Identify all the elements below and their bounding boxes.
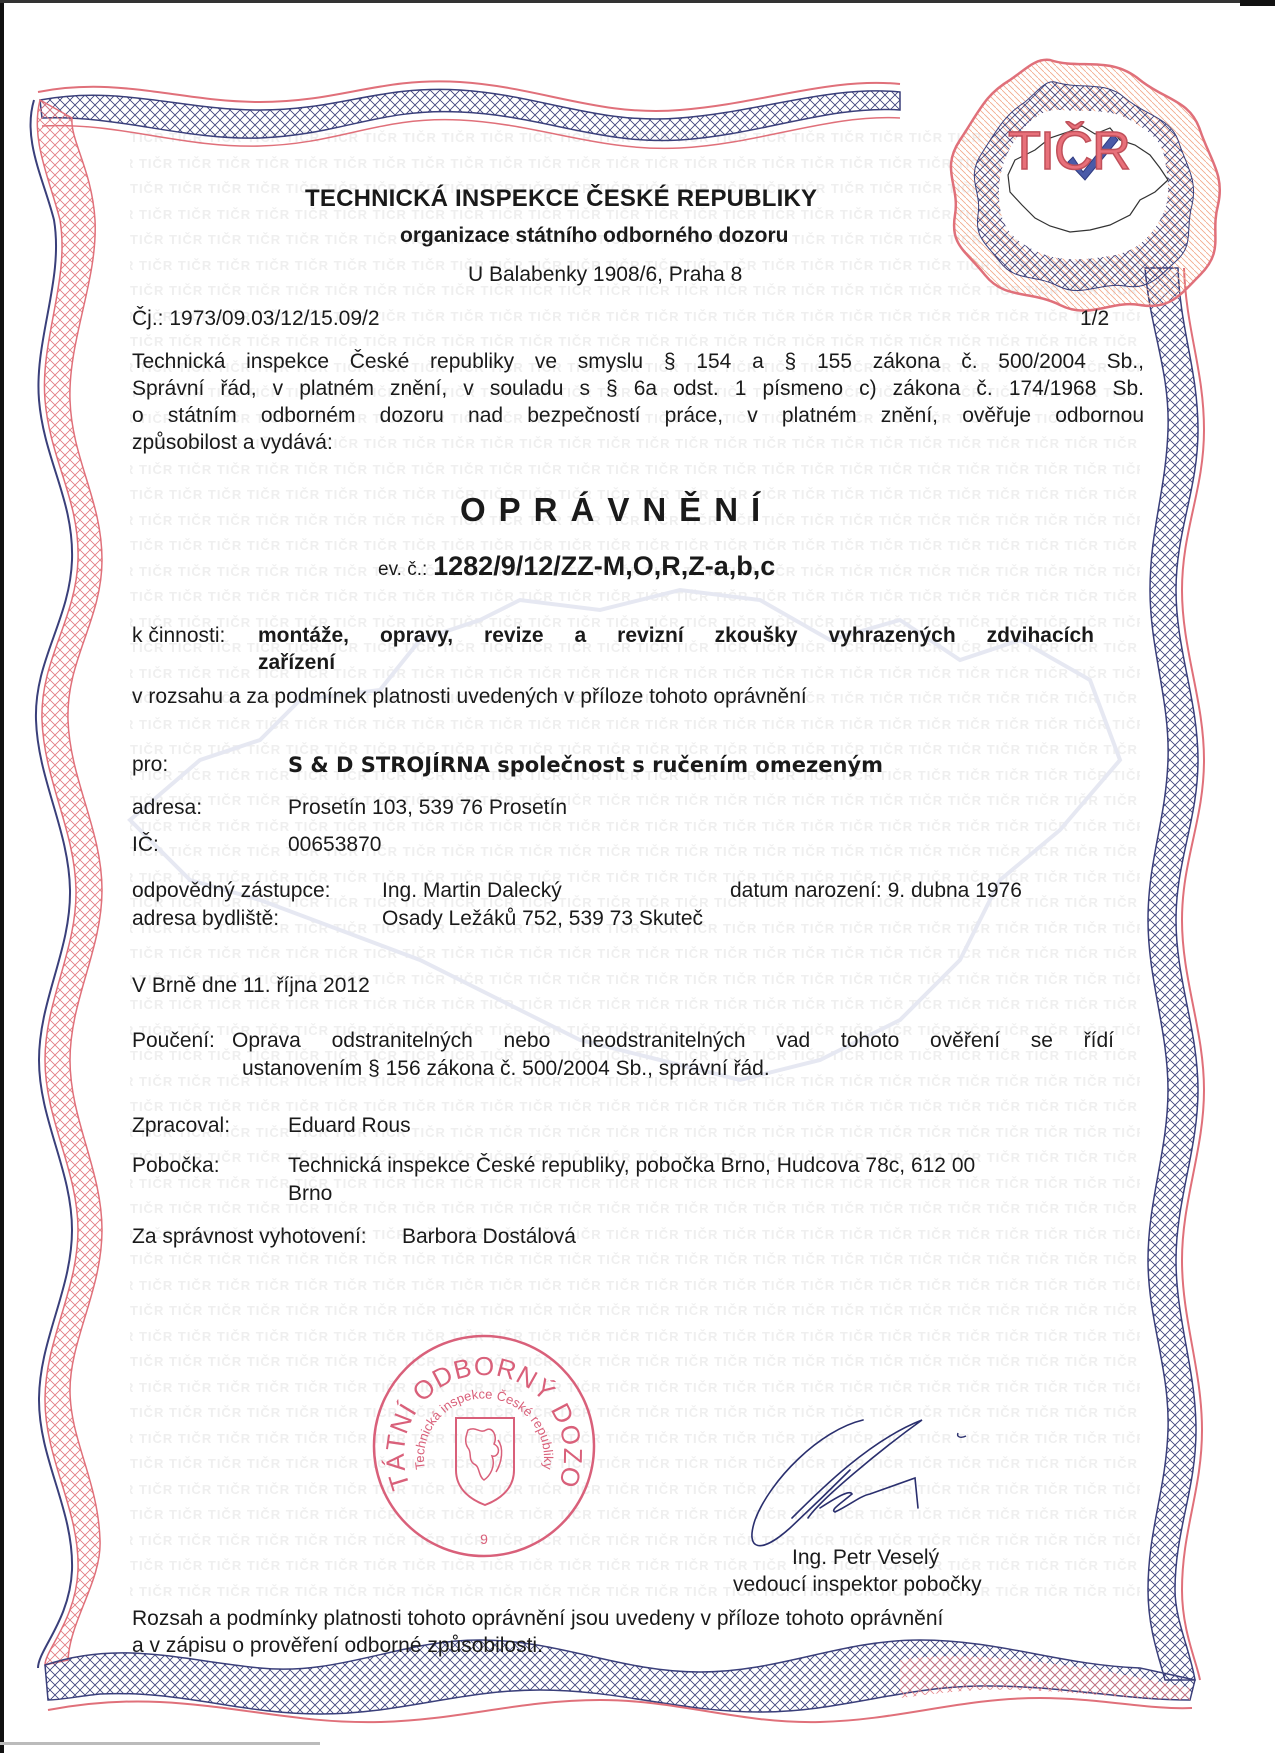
signatory-role: vedoucí inspektor pobočky (733, 1572, 982, 1598)
signatory-name: Ing. Petr Veselý (792, 1545, 939, 1571)
footer-note-cont: a v zápisu o prověření odborné způsobilo… (132, 1633, 543, 1659)
footer-note: Rozsah a podmínky platnosti tohoto opráv… (132, 1606, 943, 1632)
signature-scribble (0, 0, 1275, 1753)
